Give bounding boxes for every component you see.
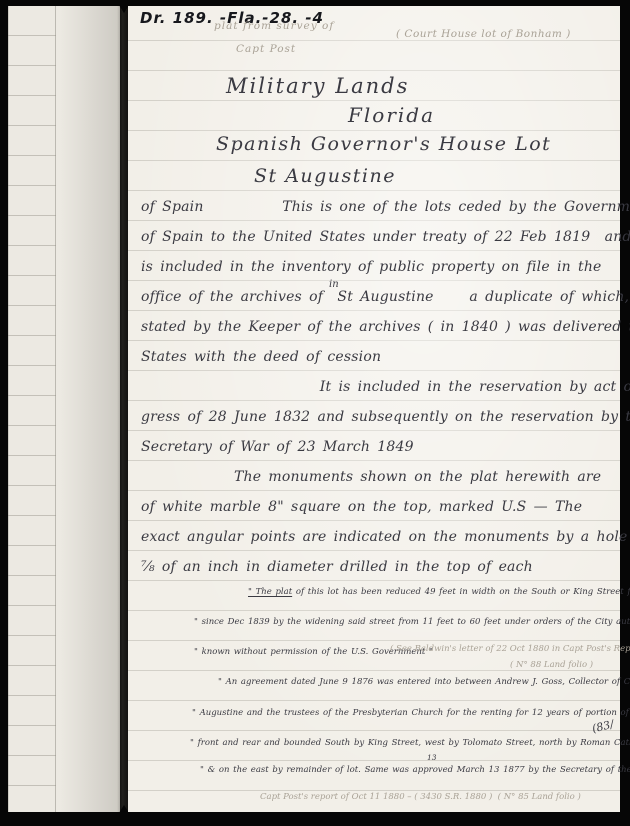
footnote-line: " since Dec 1839 by the widening said st…	[194, 617, 630, 627]
margin-page-number: (83/	[591, 718, 615, 736]
title-state: Florida	[348, 103, 435, 127]
manuscript-line: Secretary of War of 23 March 1849	[141, 432, 619, 462]
scanned-ledger-page: Dr. 189. -Fla.-28. -4 plat from survey o…	[0, 0, 630, 826]
pencil-annotation-courthouse: ( Court House lot of Bonham )	[396, 28, 571, 40]
manuscript-line: exact angular points are indicated on th…	[141, 522, 619, 552]
manuscript-body: of Spain This is one of the lots ceded b…	[141, 192, 619, 582]
underlined-phrase: " The plat	[248, 587, 292, 597]
footnote-line: " front and rear and bounded South by Ki…	[190, 738, 630, 748]
pencil-annotation-post-report: Capt Post's report of Oct 11 1880 – ( 34…	[260, 792, 581, 802]
ledger-page: Dr. 189. -Fla.-28. -4 plat from survey o…	[128, 6, 620, 812]
manuscript-line: office of the archives of St Augustine a…	[141, 282, 619, 312]
page-edge-shadow	[60, 6, 120, 812]
left-page-edges	[8, 6, 120, 812]
page-edge-rules	[8, 6, 56, 812]
footnote-line: " The plat of this lot has been reduced …	[248, 587, 630, 597]
interline-insertion-13: 13	[427, 753, 437, 762]
title-lot: Spanish Governor's House Lot	[216, 133, 551, 155]
manuscript-line: gress of 28 June 1832 and subsequently o…	[141, 402, 619, 432]
manuscript-line: The monuments shown on the plat herewith…	[141, 462, 619, 492]
footnote-line: " & on the east by remainder of lot. Sam…	[200, 765, 630, 775]
pencil-annotation-capt: Capt Post	[236, 43, 296, 55]
manuscript-line: of Spain This is one of the lots ceded b…	[141, 192, 619, 222]
manuscript-line: stated by the Keeper of the archives ( i…	[141, 312, 619, 342]
pencil-annotation-plat: plat from survey of	[214, 20, 334, 32]
manuscript-line: is included in the inventory of public p…	[141, 252, 619, 282]
footnote-line: " Augustine and the trustees of the Pres…	[192, 708, 630, 718]
footnote-line-rest: of this lot has been reduced 49 feet in …	[292, 587, 630, 597]
interline-insertion-in: in	[329, 279, 339, 290]
title-collection: Military Lands	[226, 74, 409, 98]
pencil-annotation-land-folio-88: ( N° 88 Land folio )	[510, 660, 593, 670]
manuscript-line: It is included in the reservation by act…	[141, 372, 619, 402]
manuscript-line: ⅞ of an inch in diameter drilled in the …	[141, 552, 619, 582]
title-city: St Augustine	[254, 165, 396, 187]
manuscript-line: of Spain to the United States under trea…	[141, 222, 619, 252]
manuscript-line: of white marble 8" square on the top, ma…	[141, 492, 619, 522]
pencil-annotation-baldwin-letter: ( See Baldwin's letter of 22 Oct 1880 in…	[390, 644, 630, 654]
footnote-line: " An agreement dated June 9 1876 was ent…	[218, 677, 630, 687]
manuscript-line: States with the deed of cession	[141, 342, 619, 372]
